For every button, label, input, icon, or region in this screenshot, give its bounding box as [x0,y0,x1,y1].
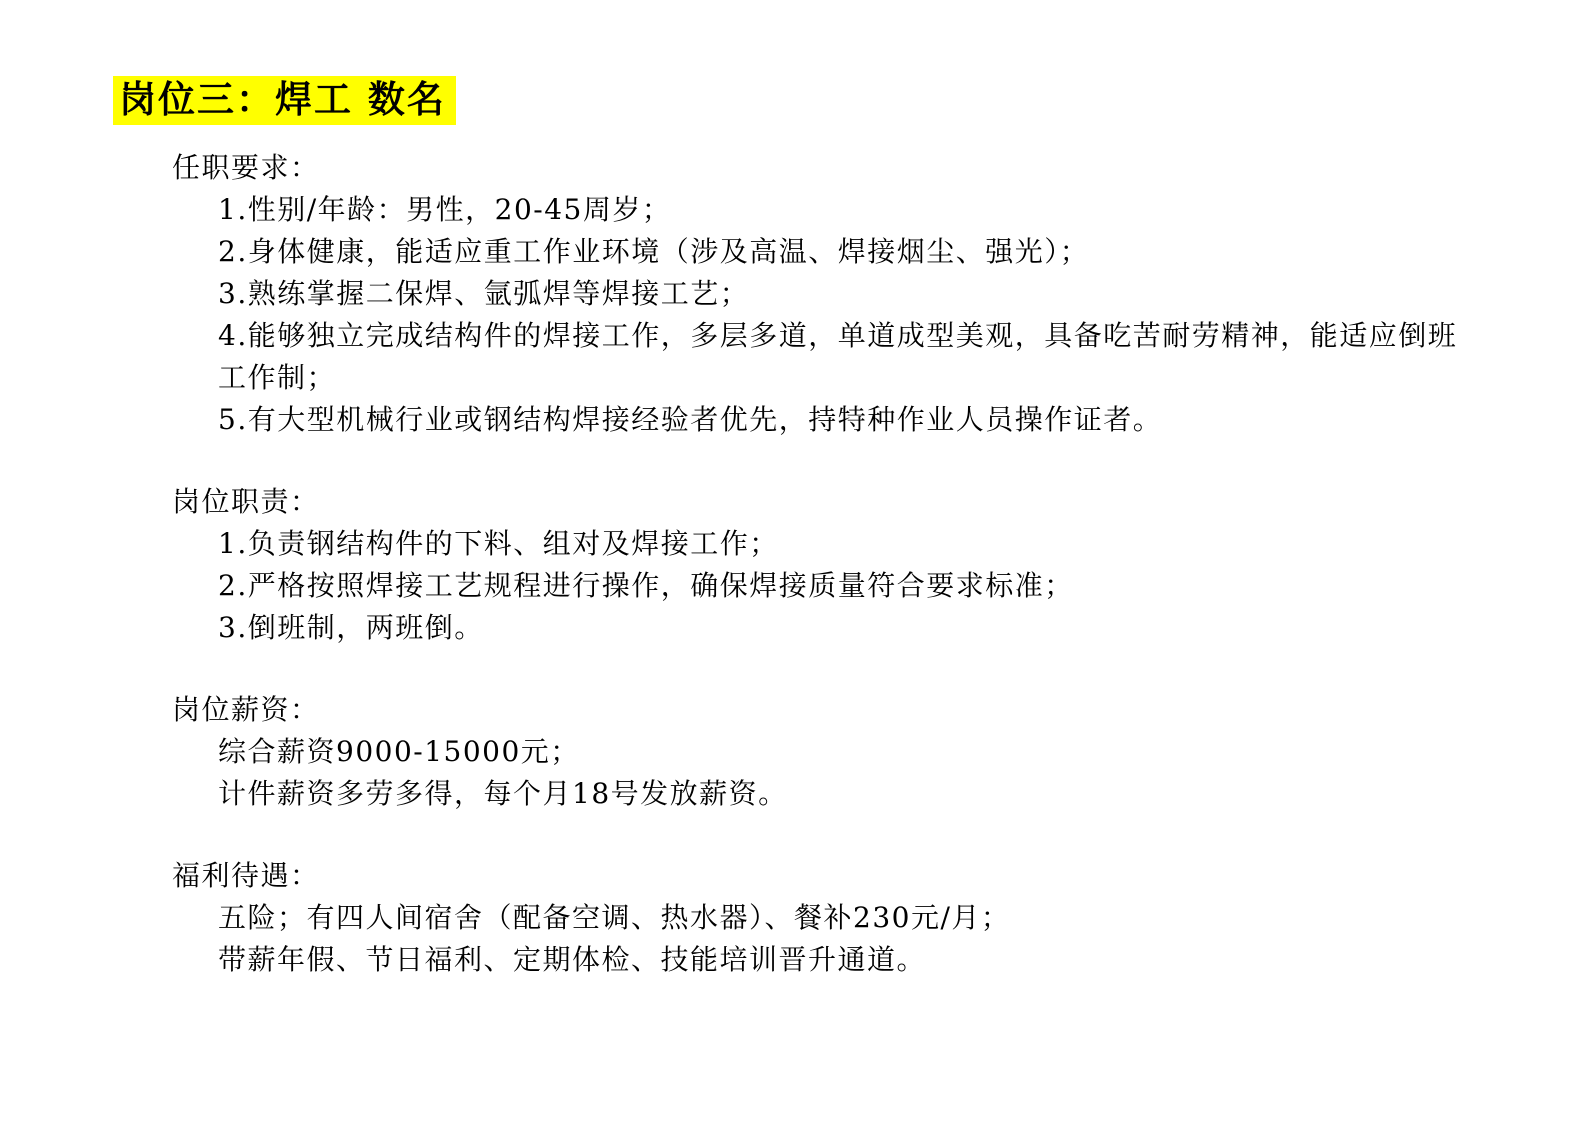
requirement-item: 1.性别/年龄：男性，20-45周岁； [218,189,1462,231]
benefit-item: 五险；有四人间宿舍（配备空调、热水器）、餐补230元/月； [218,897,1462,939]
benefit-item: 带薪年假、节日福利、定期体检、技能培训晋升通道。 [218,939,1462,981]
salary-item: 综合薪资9000-15000元； [218,731,1462,773]
document-body: 任职要求： 1.性别/年龄：男性，20-45周岁； 2.身体健康，能适应重工作业… [172,147,1462,981]
duty-item: 3.倒班制，两班倒。 [218,607,1462,649]
section-heading: 岗位薪资： [172,689,1462,731]
requirement-item: 5.有大型机械行业或钢结构焊接经验者优先，持特种作业人员操作证者。 [218,399,1462,441]
requirement-item: 3.熟练掌握二保焊、氩弧焊等焊接工艺； [218,273,1462,315]
duty-item: 1.负责钢结构件的下料、组对及焊接工作； [218,523,1462,565]
requirement-item: 4.能够独立完成结构件的焊接工作，多层多道，单道成型美观，具备吃苦耐劳精神，能适… [218,315,1462,399]
salary-item: 计件薪资多劳多得，每个月18号发放薪资。 [218,773,1462,815]
section-benefits: 福利待遇： 五险；有四人间宿舍（配备空调、热水器）、餐补230元/月； 带薪年假… [172,855,1462,981]
duty-item: 2.严格按照焊接工艺规程进行操作，确保焊接质量符合要求标准； [218,565,1462,607]
requirement-item: 2.身体健康，能适应重工作业环境（涉及高温、焊接烟尘、强光）； [218,231,1462,273]
job-title-highlighted: 岗位三：焊工 数名 [113,76,456,125]
section-salary: 岗位薪资： 综合薪资9000-15000元； 计件薪资多劳多得，每个月18号发放… [172,689,1462,815]
section-job-requirements: 任职要求： 1.性别/年龄：男性，20-45周岁； 2.身体健康，能适应重工作业… [172,147,1462,441]
document-page: 岗位三：焊工 数名 任职要求： 1.性别/年龄：男性，20-45周岁； 2.身体… [0,0,1587,1133]
section-heading: 岗位职责： [172,481,1462,523]
section-heading: 福利待遇： [172,855,1462,897]
section-heading: 任职要求： [172,147,1462,189]
section-job-duties: 岗位职责： 1.负责钢结构件的下料、组对及焊接工作； 2.严格按照焊接工艺规程进… [172,481,1462,649]
